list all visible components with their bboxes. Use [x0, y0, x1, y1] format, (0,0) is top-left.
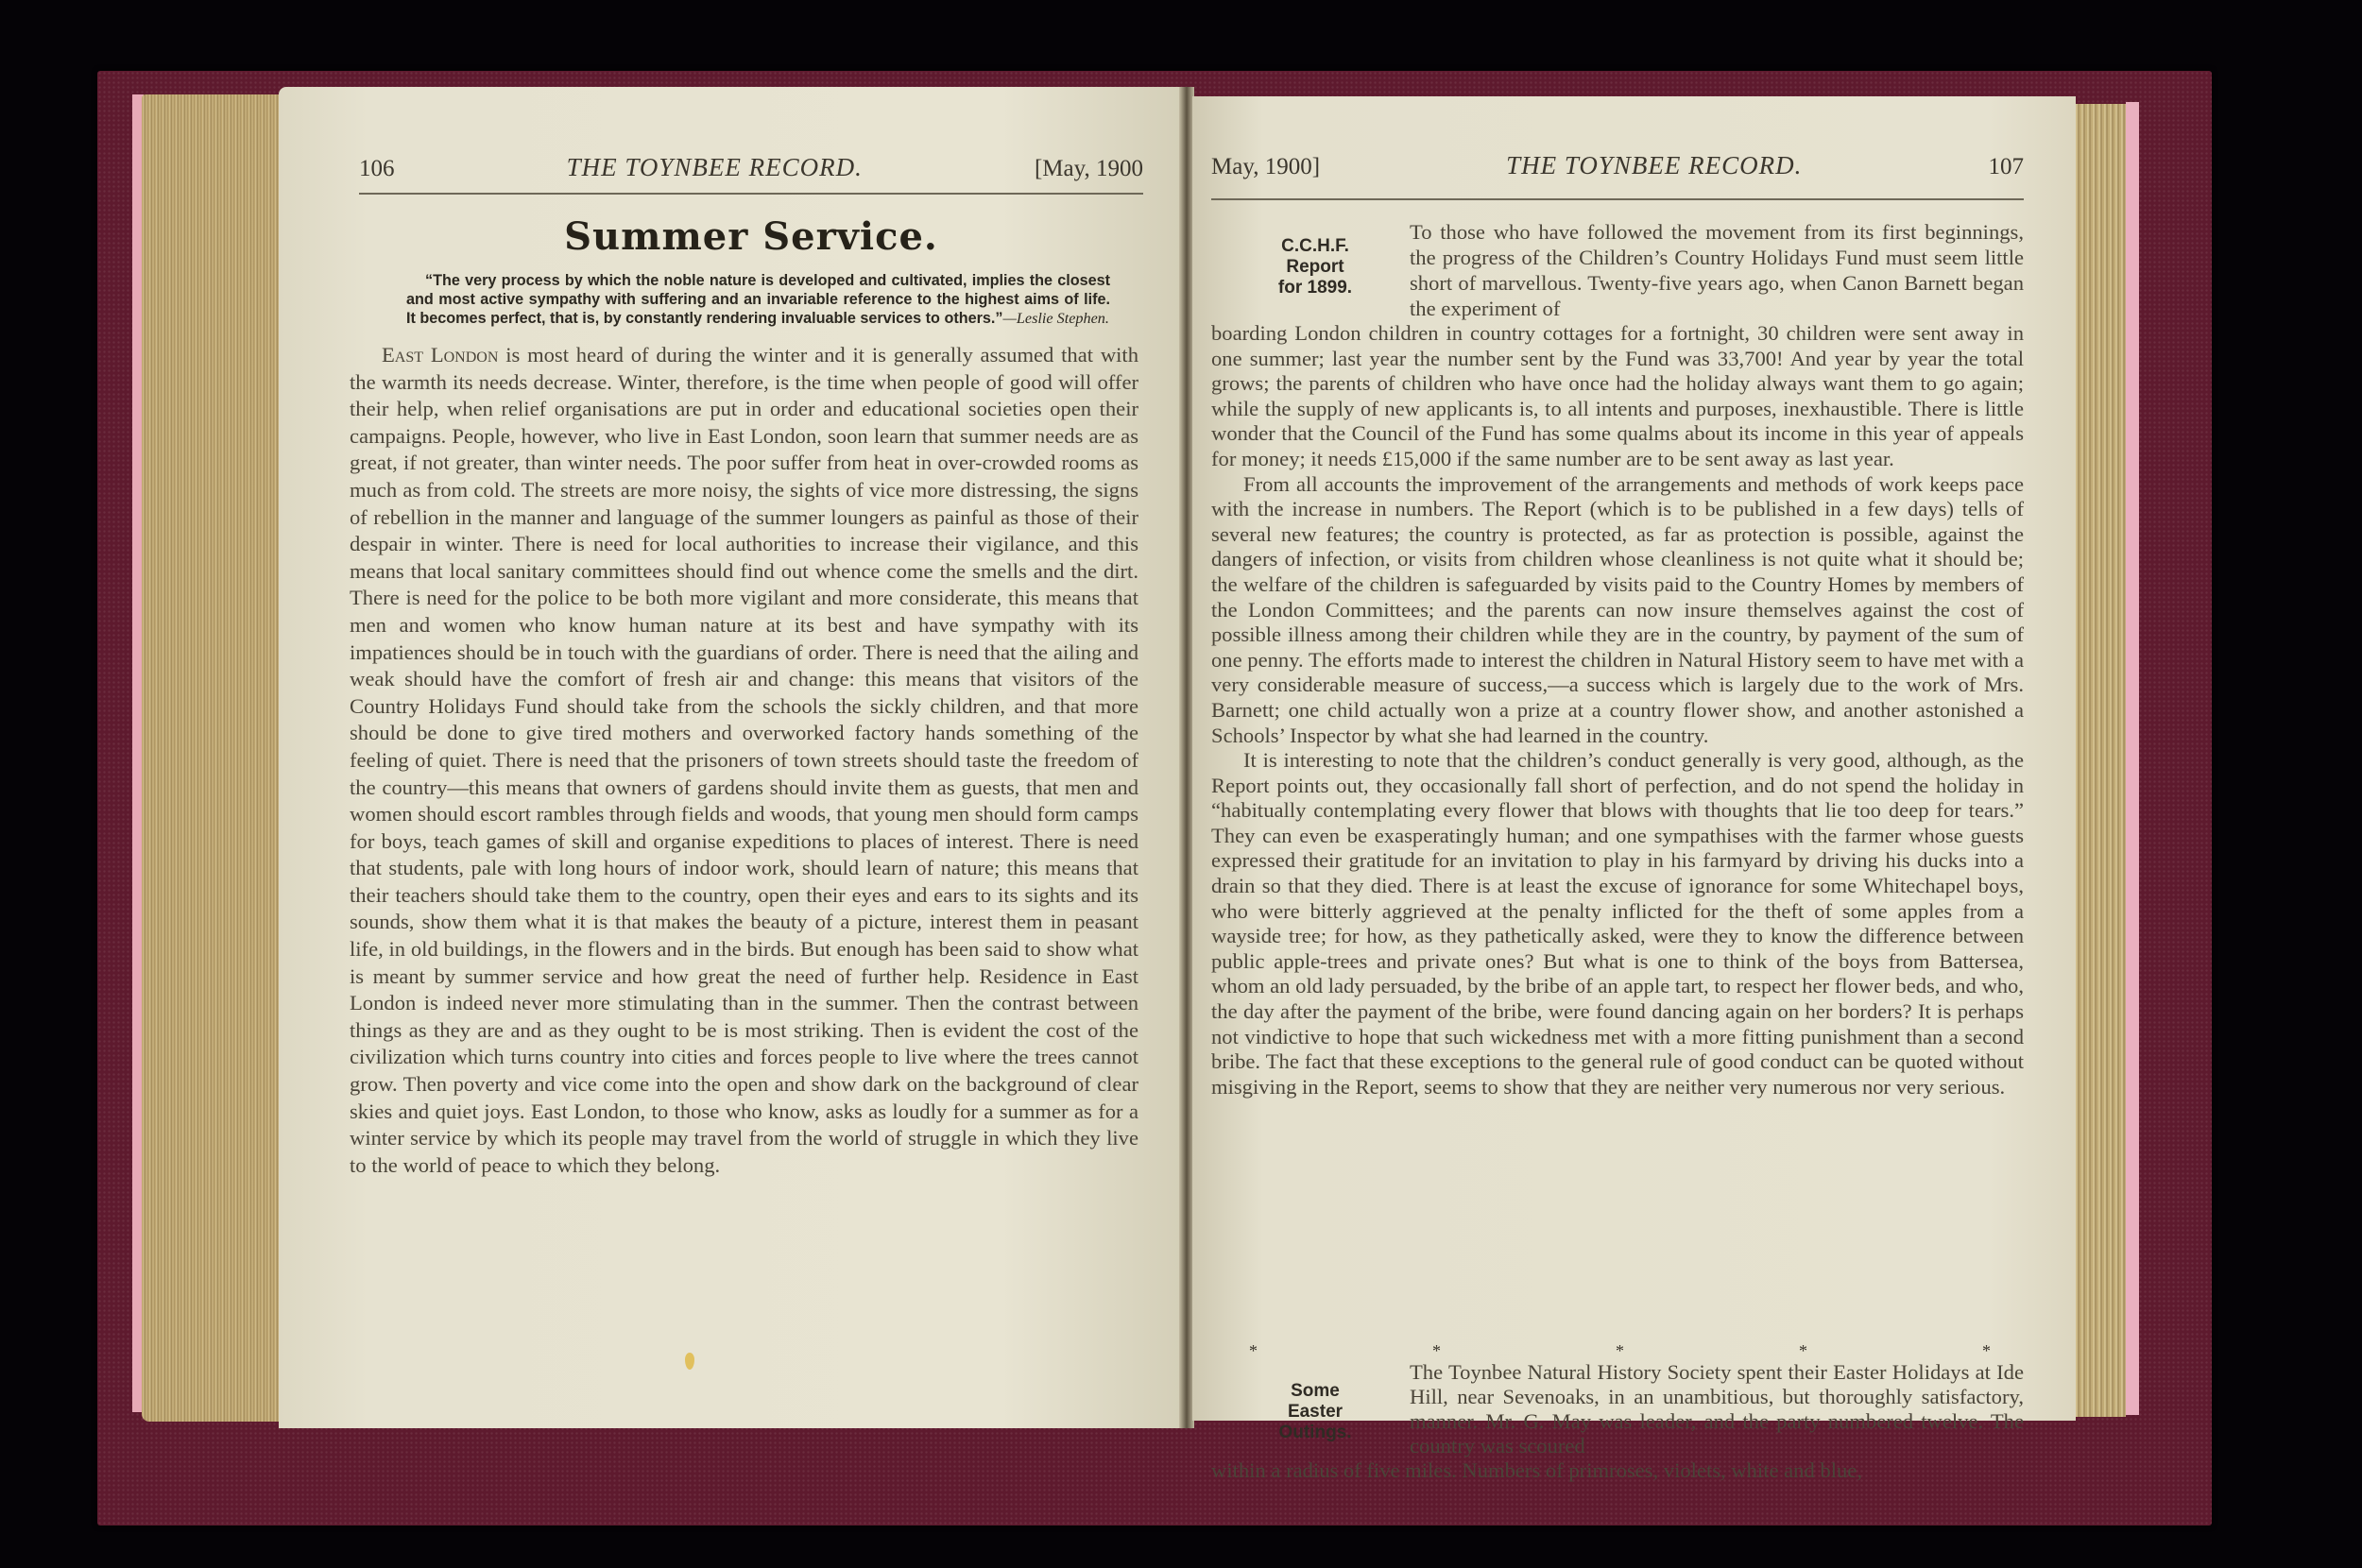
- page-number: 107: [1989, 154, 2025, 180]
- sidenote-line: for 1899.: [1244, 278, 1386, 298]
- running-title: THE TOYNBEE RECORD.: [1506, 151, 1802, 180]
- asterisk: *: [1799, 1341, 1807, 1361]
- page-edges-right: [2075, 104, 2126, 1417]
- sidenote-easter-outings: Some Easter Outings.: [1244, 1381, 1386, 1443]
- asterisk: *: [1982, 1341, 1991, 1361]
- sidenote-line: Easter: [1244, 1402, 1386, 1423]
- running-head: 106 THE TOYNBEE RECORD. [May, 1900: [359, 153, 1143, 182]
- left-page: 106 THE TOYNBEE RECORD. [May, 1900 Summe…: [279, 87, 1181, 1428]
- epigraph-attribution: —Leslie Stephen.: [1003, 310, 1109, 327]
- section-separator: * * * * *: [1249, 1341, 1991, 1361]
- asterisk: *: [1616, 1341, 1624, 1361]
- sidenote-line: Some: [1244, 1381, 1386, 1402]
- epigraph: “The very process by which the noble nat…: [406, 271, 1110, 328]
- paragraph: From all accounts the improvement of the…: [1211, 472, 2024, 749]
- body-paragraph: is most heard of during the winter and i…: [350, 343, 1138, 1177]
- issue-date: [May, 1900: [1035, 156, 1143, 182]
- paragraph: boarding London children in country cott…: [1211, 321, 2024, 472]
- paper-stain: [685, 1353, 694, 1370]
- sidenote-cchf-report: C.C.H.F. Report for 1899.: [1244, 236, 1386, 298]
- page-edges-left: [142, 94, 283, 1422]
- sidenote-line: Outings.: [1244, 1423, 1386, 1443]
- sidenote-line: C.C.H.F.: [1244, 236, 1386, 257]
- asterisk: *: [1432, 1341, 1441, 1361]
- sidenote-line: Report: [1244, 257, 1386, 278]
- header-rule: [359, 193, 1143, 195]
- easter-continuation-text: within a radius of five miles. Numbers o…: [1211, 1458, 2024, 1483]
- pink-endpaper-right: [2126, 102, 2139, 1415]
- right-page: May, 1900] THE TOYNBEE RECORD. 107 C.C.H…: [1192, 96, 2076, 1421]
- header-rule: [1211, 198, 2024, 200]
- cchf-intro-text: To those who have followed the movement …: [1410, 219, 2024, 321]
- article-body: East London is most heard of during the …: [350, 342, 1138, 1179]
- asterisk: *: [1249, 1341, 1258, 1361]
- article-title: Summer Service.: [359, 214, 1143, 259]
- issue-date: May, 1900]: [1211, 154, 1320, 180]
- running-title: THE TOYNBEE RECORD.: [567, 153, 863, 182]
- page-number: 106: [359, 156, 395, 182]
- lead-words: East London: [382, 343, 498, 366]
- easter-intro-text: The Toynbee Natural History Society spen…: [1410, 1360, 2024, 1458]
- paragraph: It is interesting to note that the child…: [1211, 748, 2024, 1099]
- cchf-body: boarding London children in country cott…: [1211, 321, 2024, 1099]
- running-head: May, 1900] THE TOYNBEE RECORD. 107: [1211, 151, 2024, 180]
